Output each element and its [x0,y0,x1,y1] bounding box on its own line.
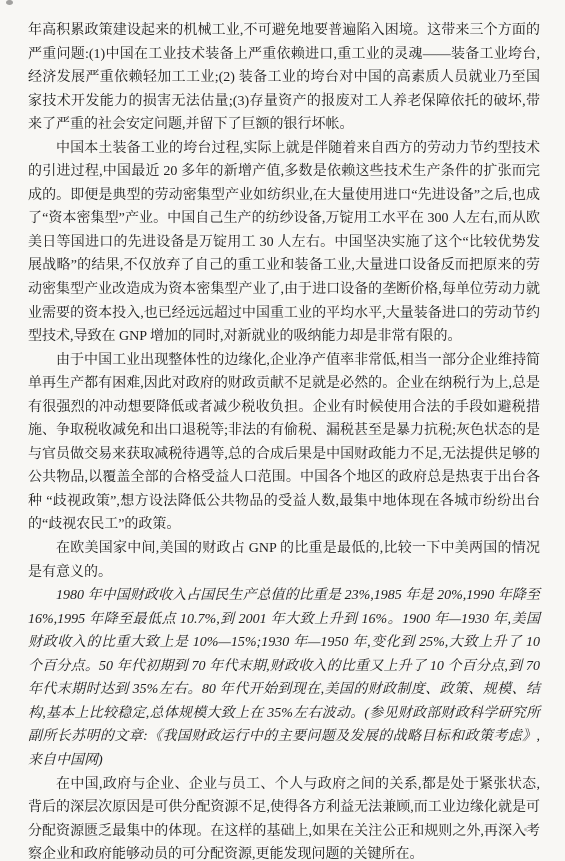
paragraph: 在欧美国家中间,美国的财政占 GNP 的比重是最低的,比较一下中美两国的情况是有… [28,537,540,584]
paragraph: 由于中国工业出现整体性的边缘化,企业净产值率非常低,相当一部分企业维持简单再生产… [28,349,540,537]
scan-speck [6,0,13,5]
scan-speck [524,828,527,831]
paragraph-citation-kai: 1980 年中国财政收入占国民生产总值的比重是 23%,1985 年是 20%,… [28,584,540,772]
paragraph-continuation: 年高积累政策建设起来的机械工业,不可避免地要普遍陷入困境。这带来三个方面的严重问… [28,19,540,137]
paragraph: 中国本土装备工业的垮台过程,实际上就是伴随着来自西方的劳动力节约型技术的引进过程… [28,137,540,349]
book-page: 年高积累政策建设起来的机械工业,不可避免地要普遍陷入困境。这带来三个方面的严重问… [0,0,565,861]
paragraph: 在中国,政府与企业、企业与员工、个人与政府之间的关系,都是处于紧张状态,背后的深… [28,773,540,861]
